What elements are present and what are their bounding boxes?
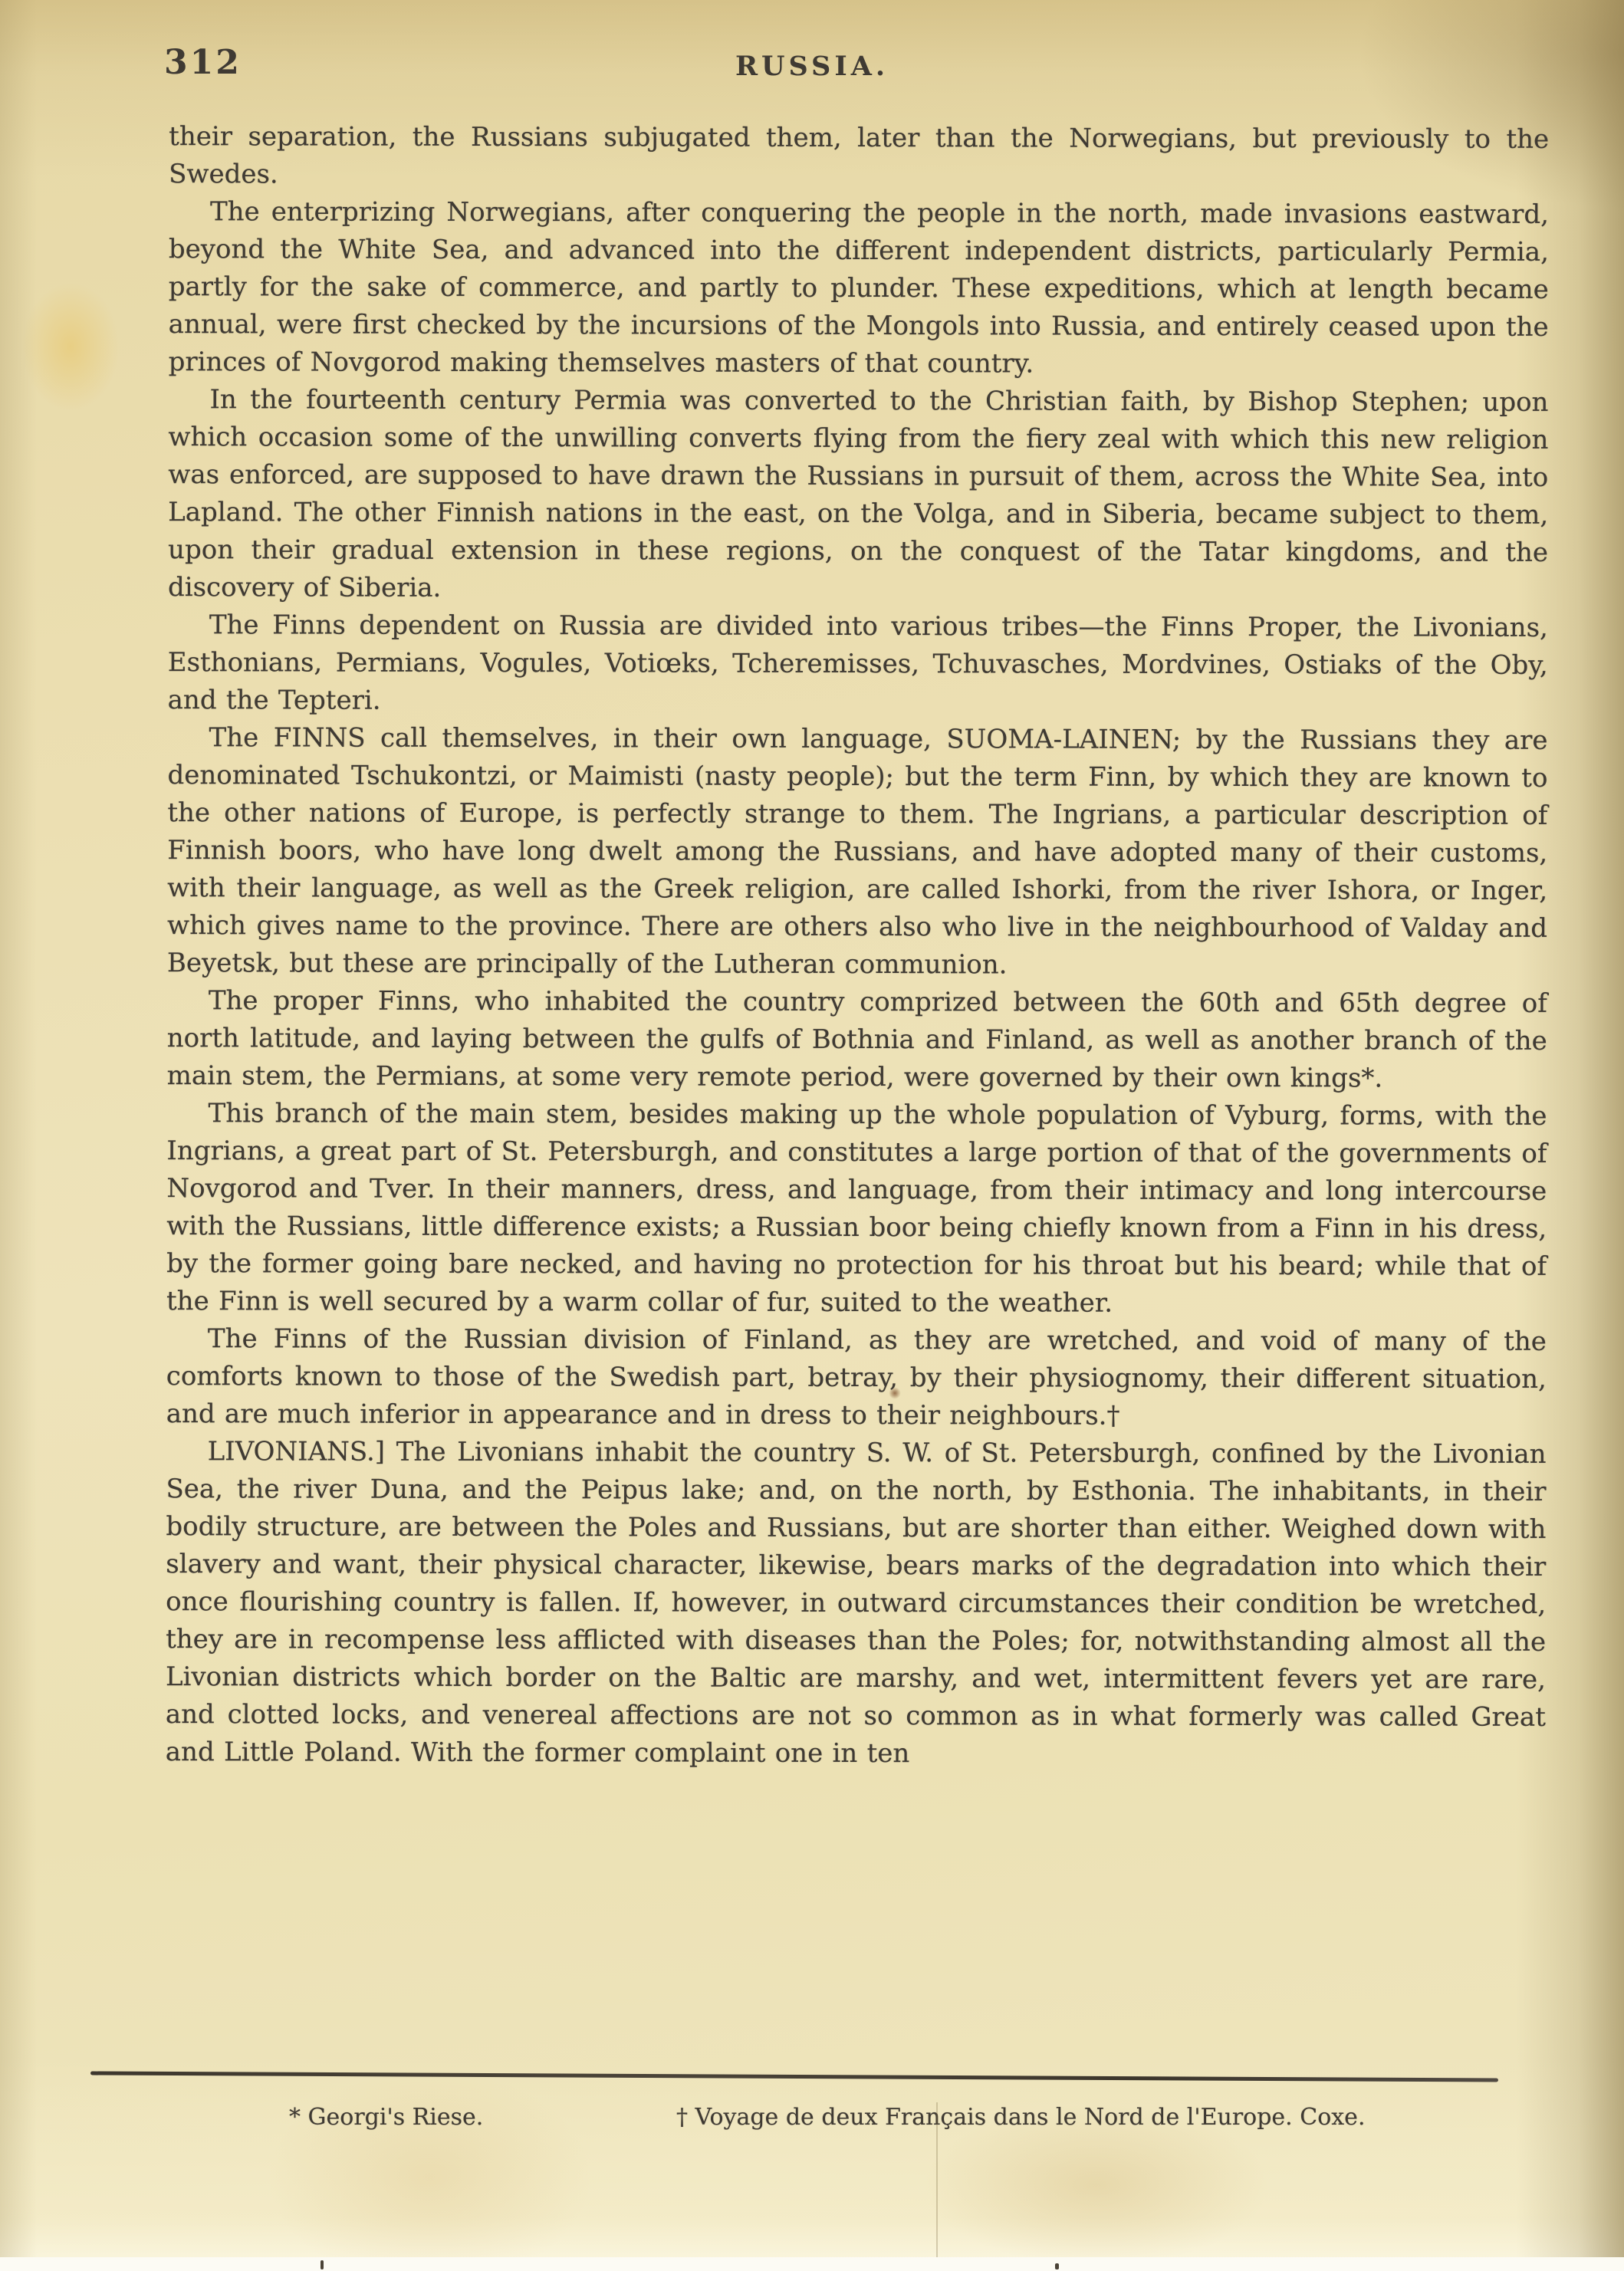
paper-speck (321, 2260, 324, 2269)
footnote-divider (90, 2072, 1498, 2082)
paragraph: their separation, the Russians subjugate… (169, 118, 1549, 196)
paper-speck (1055, 2263, 1059, 2269)
body-text: their separation, the Russians subjugate… (166, 118, 1550, 1774)
running-header: RUSSIA. (0, 51, 1624, 82)
footnote-georgi: * Georgi's Riese. (289, 2104, 483, 2131)
paragraph: The proper Finns, who inhabited the coun… (167, 982, 1547, 1098)
footnote-voyage: † Voyage de deux Français dans le Nord d… (676, 2104, 1365, 2131)
paragraph: The enterprizing Norwegians, after conqu… (169, 193, 1550, 384)
paragraph: In the fourteenth century Permia was con… (168, 381, 1549, 610)
scan-edge-strip (0, 2257, 1624, 2271)
paper-crease (936, 2102, 938, 2259)
paragraph: The Finns dependent on Russia are divide… (168, 606, 1548, 722)
scanned-page: 312 RUSSIA. their separation, the Russia… (0, 0, 1624, 2271)
paragraph: LIVONIANS.] The Livonians inhabit the co… (166, 1433, 1547, 1774)
paragraph: This branch of the main stem, besides ma… (166, 1095, 1547, 1323)
paragraph: The FINNS call themselves, in their own … (167, 719, 1548, 985)
paragraph: The Finns of the Russian division of Fin… (166, 1320, 1547, 1436)
